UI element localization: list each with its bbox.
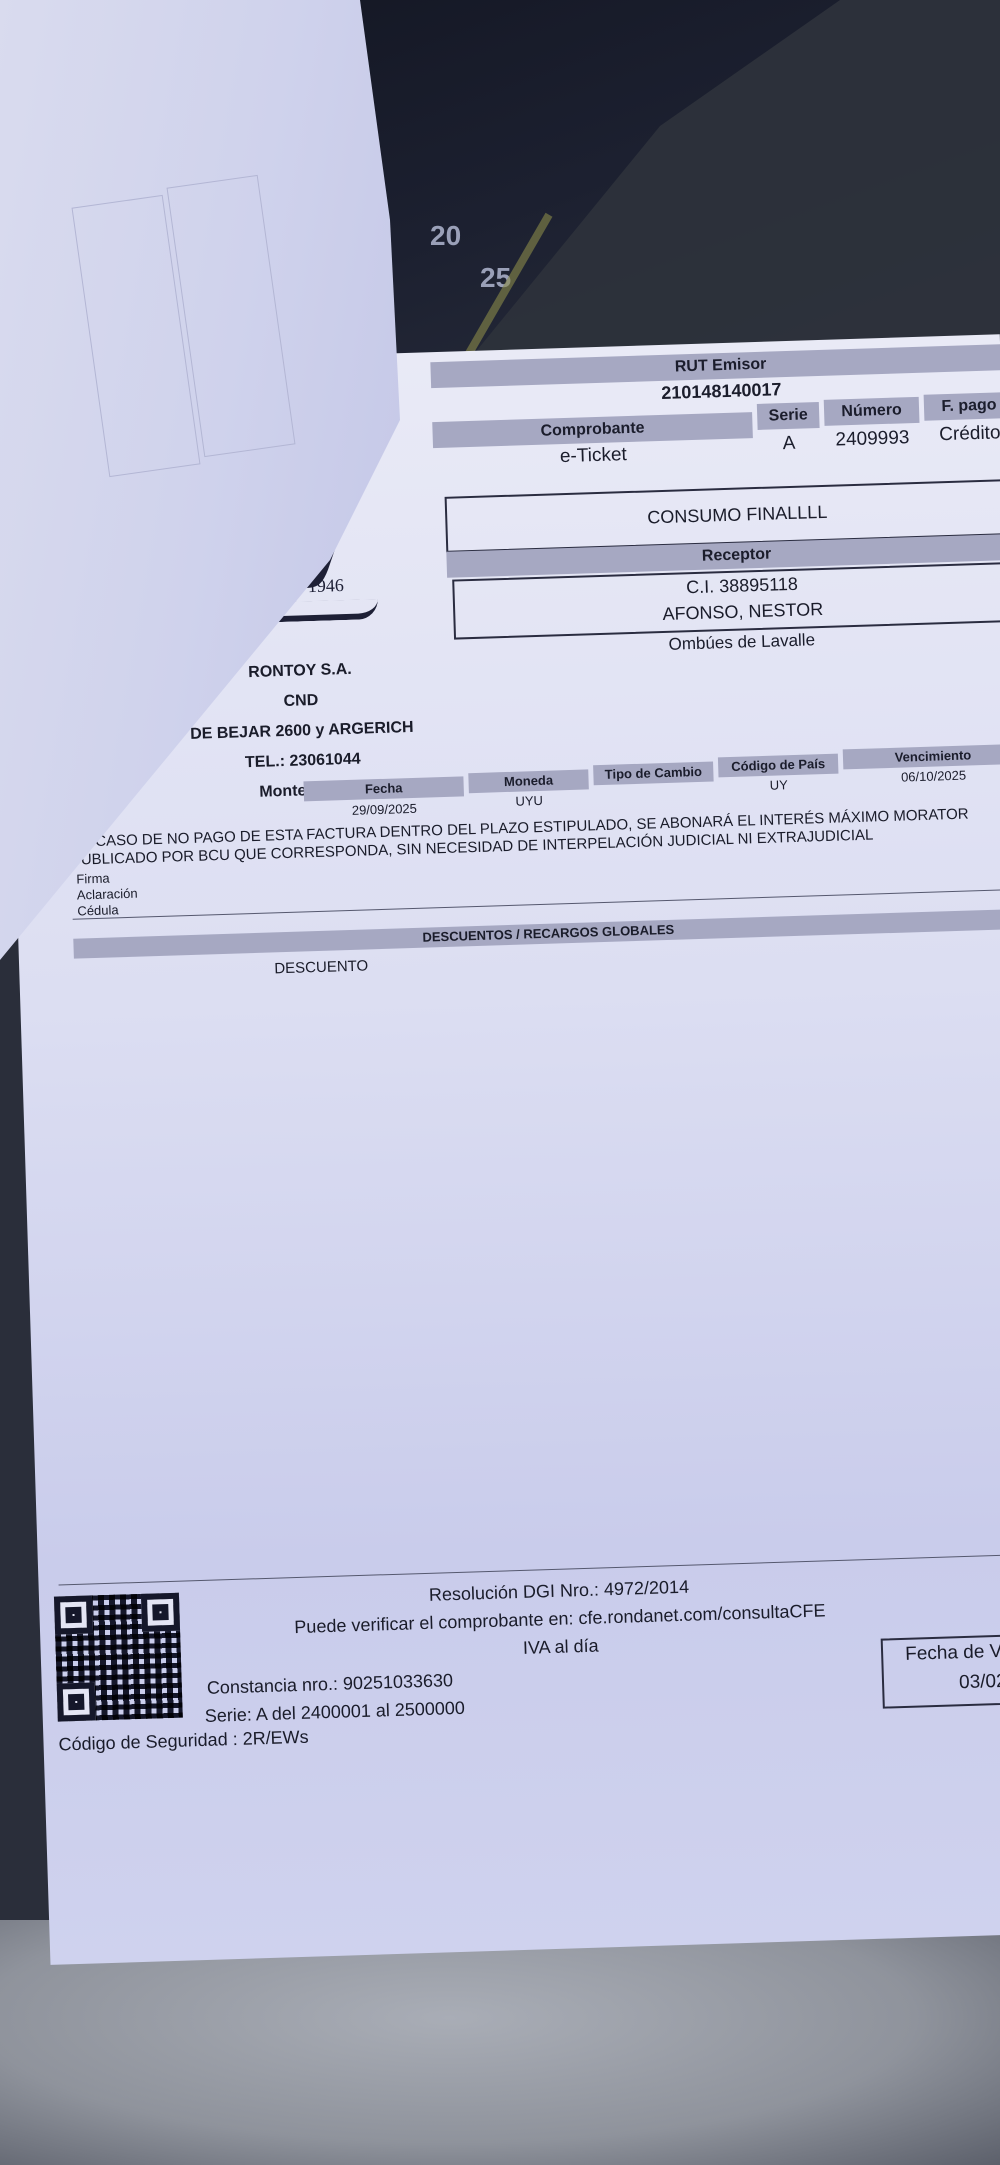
pais-value: UY [719,776,839,795]
moneda-value: UYU [469,791,589,810]
fpago-label: F. pago [924,392,1000,421]
constancia-number: Constancia nro.: 90251033630 [207,1670,454,1699]
serie-range: Serie: A del 2400001 al 2500000 [204,1698,465,1727]
signature-firma: Firma [76,870,137,888]
discounts-header: DESCUENTOS / RECARGOS GLOBALES [73,909,1000,959]
serie-label: Serie [757,402,820,430]
fpago-value: Crédito [925,422,1000,447]
fecha-vencimiento-label: Fecha de Venci [883,1635,1000,1671]
pais-label: Código de País [718,754,839,778]
signature-block: Firma Aclaración Cédula [76,870,138,920]
fecha-vencimiento-box: Fecha de Venci 03/02/202 [881,1633,1000,1709]
serie-value: A [758,432,821,456]
signature-aclaracion: Aclaración [77,886,138,904]
tipo-cambio-label: Tipo de Cambio [593,762,714,786]
gauge-label-20: 20 [430,220,461,252]
vencimiento-label: Vencimiento [843,744,1000,770]
moneda-label: Moneda [468,769,589,793]
numero-label: Número [824,397,920,426]
late-payment-notice: EN CASO DE NO PAGO DE ESTA FACTURA DENTR… [70,804,1000,870]
consumo-text: CONSUMO FINALLLL [447,481,1000,537]
security-code: Código de Seguridad : 2R/EWs [58,1727,309,1756]
numero-value: 2409993 [825,427,921,452]
discount-item: DESCUENTO [274,957,368,977]
qr-code-icon [54,1593,183,1722]
iva-status: IVA al día [331,1630,791,1665]
vencimiento-value: 06/10/2025 [843,766,1000,787]
fecha-vencimiento-value: 03/02/202 [884,1665,1000,1701]
